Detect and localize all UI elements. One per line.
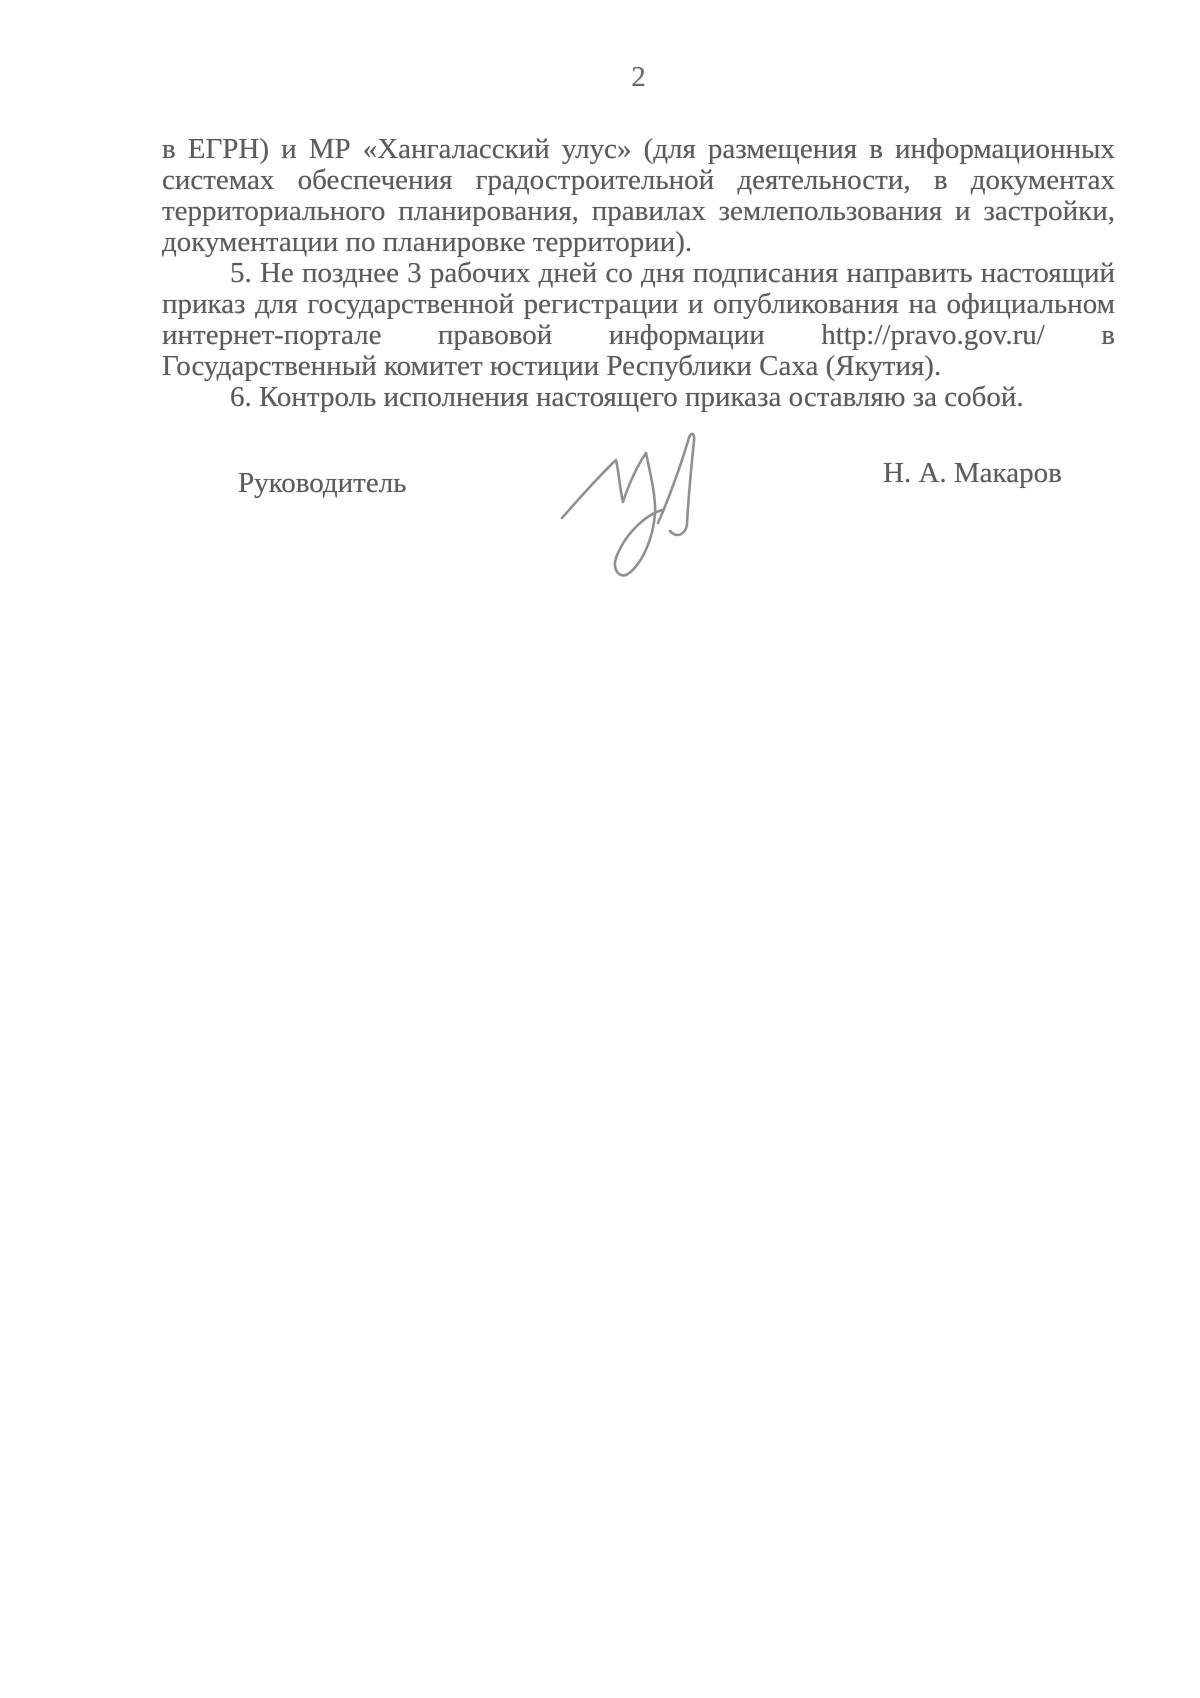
paragraph-item-6: 6. Контроль исполнения настоящего приказ…: [162, 382, 1115, 413]
document-page: 2 в ЕГРН) и МР «Хангаласский улус» (для …: [0, 0, 1200, 1698]
signatory-name: Н. А. Макаров: [883, 458, 1062, 489]
signature-stroke-loop: [658, 434, 694, 535]
signature-stroke-main: [562, 453, 662, 575]
signatory-role-label: Руководитель: [238, 468, 406, 499]
paragraph-item-5: 5. Не позднее 3 рабочих дней со дня подп…: [162, 258, 1115, 382]
handwritten-signature-image: [540, 418, 720, 590]
document-body: в ЕГРН) и МР «Хангаласский улус» (для ра…: [162, 134, 1115, 413]
page-number: 2: [162, 62, 1115, 93]
paragraph-continued: в ЕГРН) и МР «Хангаласский улус» (для ра…: [162, 134, 1115, 258]
